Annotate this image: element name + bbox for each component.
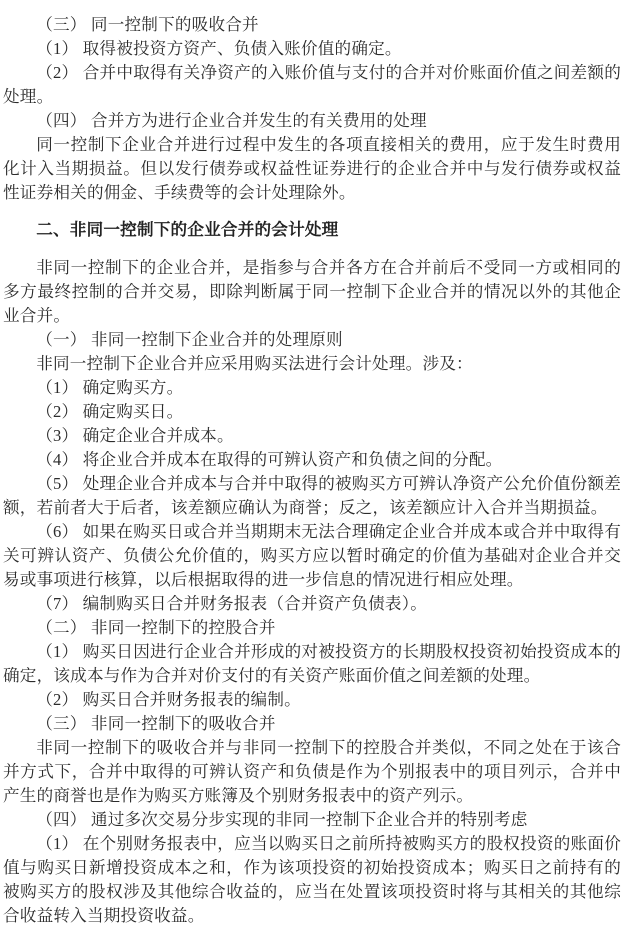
subsection-title-absorption-merger-same-control: （三） 同一控制下的吸收合并 [3, 13, 621, 37]
list-item-5-goodwill-difference: （5） 处理企业合并成本与合并中取得的被购买方可辨认净资产公允价值份额差额，若前… [3, 472, 621, 520]
body-paragraph-absorption-vs-holding: 非同一控制下的吸收合并与非同一控制下的控股合并类似，不同之处在于该合并方式下，合… [3, 736, 621, 808]
list-item-1-determine-buyer: （1） 确定购买方。 [3, 376, 621, 400]
body-paragraph-purchase-method: 非同一控制下企业合并应采用购买法进行会计处理。涉及： [3, 352, 621, 376]
list-item-1-separate-statements: （1） 在个别财务报表中，应当以购买日之前所持被购买方的股权投资的账面价值与购买… [3, 832, 621, 928]
list-item-3-determine-merger-cost: （3） 确定企业合并成本。 [3, 424, 621, 448]
list-item-1-entry-value: （1） 取得被投资方资产、负债入账价值的确定。 [3, 37, 621, 61]
list-item-4-cost-allocation: （4） 将企业合并成本在取得的可辨认资产和负债之间的分配。 [3, 448, 621, 472]
subsection-title-absorption-merger-non-common: （三） 非同一控制下的吸收合并 [3, 712, 621, 736]
subsection-title-step-acquisition: （四） 通过多次交易分步实现的非同一控制下企业合并的特别考虑 [3, 808, 621, 832]
list-item-2-determine-purchase-date: （2） 确定购买日。 [3, 400, 621, 424]
subsection-title-holding-merger: （二） 非同一控制下的控股合并 [3, 616, 621, 640]
list-item-6-provisional-value: （6） 如果在购买日或合并当期期末无法合理确定企业合并成本或合并中取得有关可辨认… [3, 520, 621, 592]
list-item-2-statement-preparation: （2） 购买日合并财务报表的编制。 [3, 688, 621, 712]
section-heading-non-common-control: 二、非同一控制下的企业合并的会计处理 [3, 218, 621, 242]
document-page: （三） 同一控制下的吸收合并 （1） 取得被投资方资产、负债入账价值的确定。 （… [0, 0, 624, 930]
list-item-7-consolidated-statements: （7） 编制购买日合并财务报表（合并资产负债表）。 [3, 592, 621, 616]
subsection-title-merger-expenses: （四） 合并方为进行企业合并发生的有关费用的处理 [3, 109, 621, 133]
list-item-1-initial-investment-cost: （1） 购买日因进行企业合并形成的对被投资方的长期股权投资初始投资成本的确定，该… [3, 640, 621, 688]
subsection-title-treatment-principles: （一） 非同一控制下企业合并的处理原则 [3, 328, 621, 352]
list-item-2-difference-treatment: （2） 合并中取得有关净资产的入账价值与支付的合并对价账面价值之间差额的处理。 [3, 61, 621, 109]
body-paragraph-definition: 非同一控制下的企业合并，是指参与合并各方在合并前后不受同一方或相同的多方最终控制… [3, 256, 621, 328]
body-paragraph-expense-treatment: 同一控制下企业合并进行过程中发生的各项直接相关的费用，应于发生时费用化计入当期损… [3, 133, 621, 205]
